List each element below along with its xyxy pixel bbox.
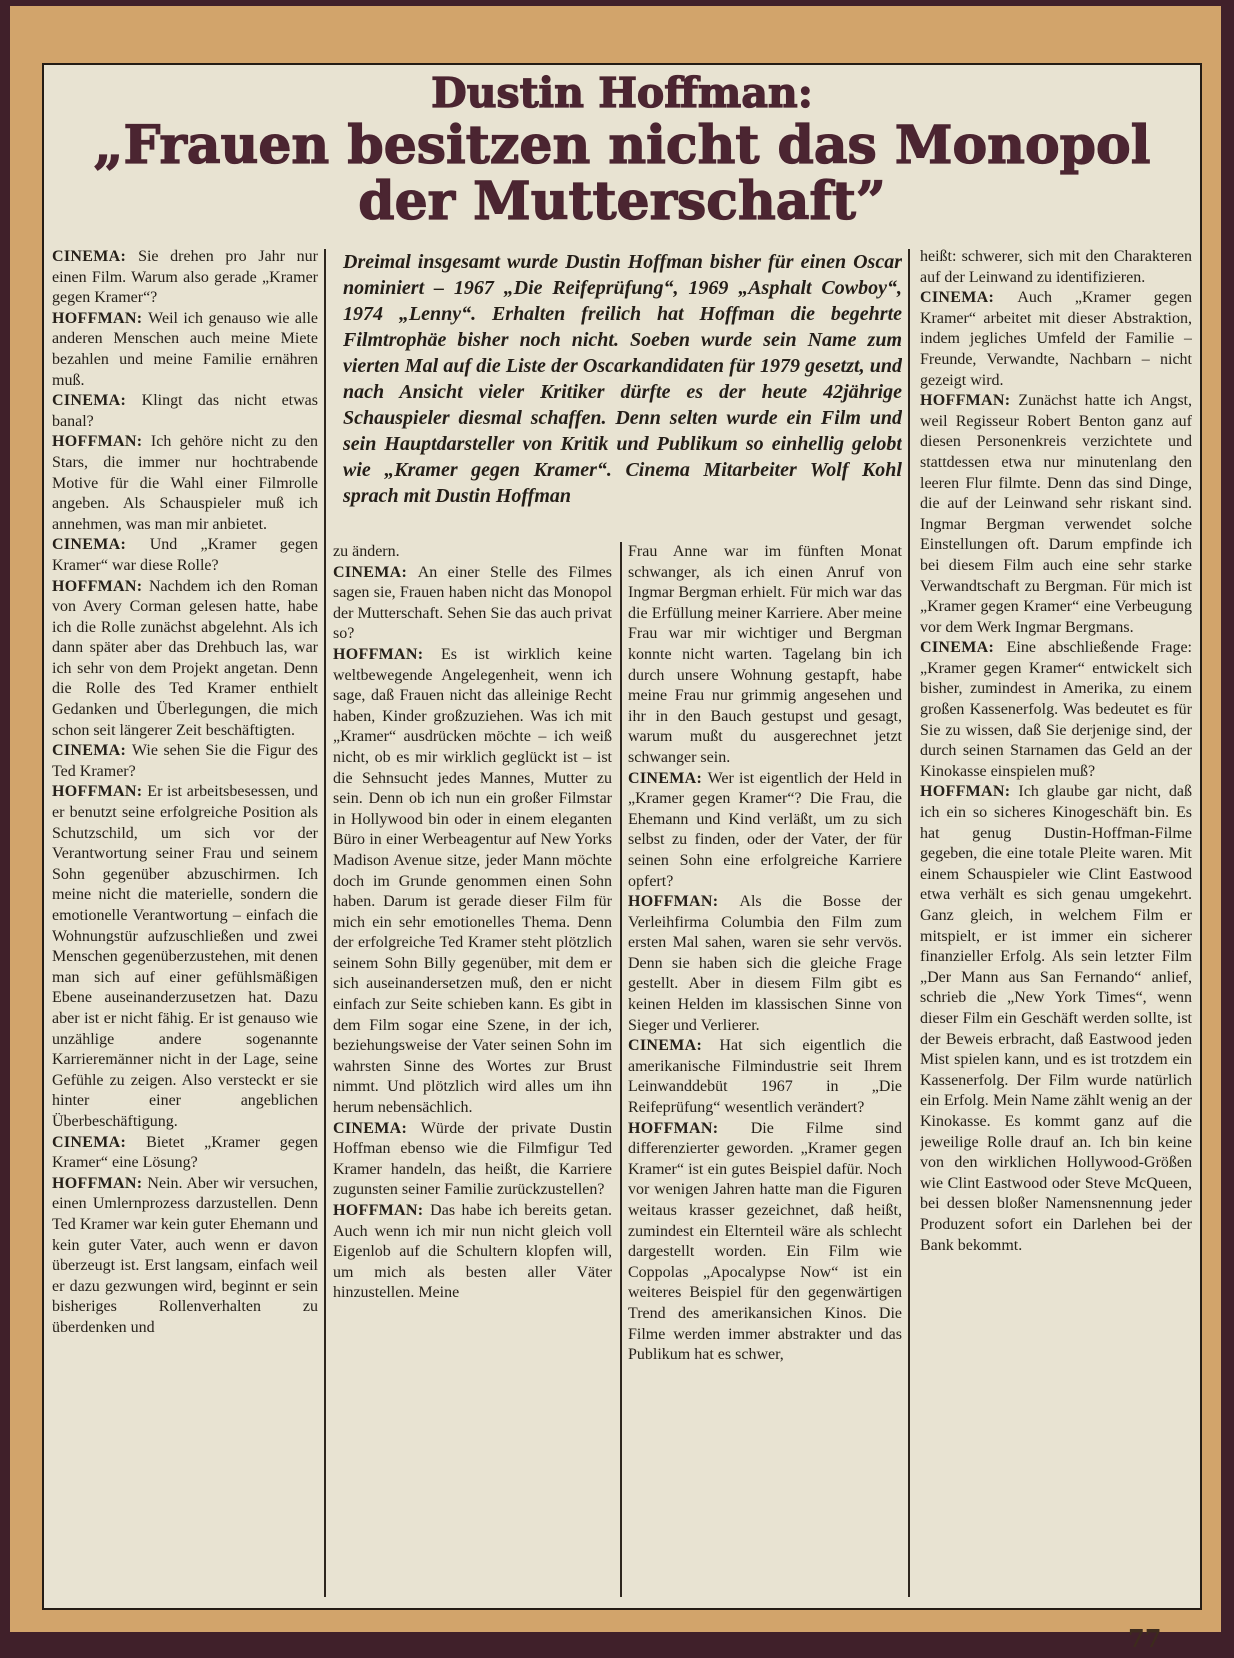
speaker-label: CINEMA: [333,1120,421,1137]
interview-paragraph: CINEMA: Bietet „Kramer gegen Kramer“ ein… [52,1133,318,1174]
speaker-label: CINEMA: [333,564,418,581]
speaker-label: CINEMA: [52,248,138,265]
article-box: Dustin Hoffman: „Frauen besitzen nicht d… [42,63,1202,1610]
speaker-label: CINEMA: [628,770,708,787]
interview-paragraph: HOFFMAN: Nein. Aber wir versuchen, einen… [52,1174,318,1339]
interview-paragraph: CINEMA: Und „Kramer gegen Kramer“ war di… [52,535,318,576]
article-headline: Dustin Hoffman: „Frauen besitzen nicht d… [44,73,1200,232]
interview-paragraph: HOFFMAN: Weil ich genauso wie alle ander… [52,309,318,391]
page-number: 77 [1128,1624,1161,1653]
speaker-label: HOFFMAN: [52,433,151,450]
interview-paragraph: CINEMA: Wie sehen Sie die Figur des Ted … [52,741,318,782]
column-divider-1 [324,249,326,1597]
speaker-label: CINEMA: [920,289,1017,306]
speaker-label: HOFFMAN: [52,310,148,327]
speaker-label: CINEMA: [628,1037,719,1054]
speaker-label: HOFFMAN: [52,783,147,800]
interview-paragraph: HOFFMAN: Er ist arbeitsbesessen, und er … [52,782,318,1132]
column-1: CINEMA: Sie drehen pro Jahr nur einen Fi… [52,247,318,1602]
speaker-label: CINEMA: [52,392,142,409]
column-divider-2 [620,542,622,1597]
column-3: Frau Anne war im fünften Monat schwanger… [628,542,902,1602]
interview-paragraph: HOFFMAN: Als die Bosse der Verleihfirma … [628,892,902,1036]
headline-line-3: der Mutterschaft” [44,176,1200,228]
column-2: zu ändern.CINEMA: An einer Stelle des Fi… [333,542,612,1602]
interview-paragraph: HOFFMAN: Das habe ich bereits getan. Auc… [333,1201,612,1304]
interview-paragraph: HOFFMAN: Ich glaube gar nicht, daß ich e… [920,782,1192,1256]
interview-paragraph: zu ändern. [333,542,612,563]
column-4: heißt: schwerer, sich mit den Charaktere… [920,247,1192,1602]
speaker-label: CINEMA: [52,742,132,759]
interview-paragraph: CINEMA: Wer ist eigentlich der Held in „… [628,769,902,893]
interview-paragraph: HOFFMAN: Zunächst hatte ich Angst, weil … [920,391,1192,638]
column-divider-3 [908,249,910,1597]
speaker-label: CINEMA: [52,536,150,553]
speaker-label: HOFFMAN: [52,578,149,595]
interview-paragraph: HOFFMAN: Die Filme sind differenzierter … [628,1119,902,1366]
interview-paragraph: CINEMA: Eine abschließende Frage: „Krame… [920,638,1192,782]
interview-paragraph: CINEMA: Klingt das nicht etwas banal? [52,391,318,432]
column-area: Dreimal insgesamt wurde Dustin Hoffman b… [44,247,1200,1602]
interview-paragraph: CINEMA: An einer Stelle des Filmes sagen… [333,563,612,645]
interview-paragraph: CINEMA: Würde der private Dustin Hoffman… [333,1119,612,1201]
intro-paragraph: Dreimal insgesamt wurde Dustin Hoffman b… [333,249,902,539]
interview-paragraph: Frau Anne war im fünften Monat schwanger… [628,542,902,769]
interview-paragraph: HOFFMAN: Ich gehöre nicht zu den Stars, … [52,432,318,535]
interview-paragraph: HOFFMAN: Es ist wirklich keine weltbeweg… [333,645,612,1119]
headline-line-2: „Frauen besitzen nicht das Monopol [44,120,1200,172]
speaker-label: HOFFMAN: [920,783,1018,800]
magazine-page: { "page": { "title_line1": "Dustin Hoffm… [0,0,1234,1658]
headline-kicker: Dustin Hoffman: [44,73,1200,114]
interview-paragraph: heißt: schwerer, sich mit den Charaktere… [920,247,1192,288]
speaker-label: HOFFMAN: [920,392,1018,409]
speaker-label: HOFFMAN: [333,1202,430,1219]
speaker-label: CINEMA: [920,639,1007,656]
speaker-label: HOFFMAN: [333,646,441,663]
speaker-label: HOFFMAN: [628,893,739,910]
speaker-label: CINEMA: [52,1134,146,1151]
interview-paragraph: CINEMA: Hat sich eigentlich die amerikan… [628,1036,902,1118]
speaker-label: HOFFMAN: [52,1175,147,1192]
interview-paragraph: CINEMA: Sie drehen pro Jahr nur einen Fi… [52,247,318,309]
interview-paragraph: CINEMA: Auch „Kramer gegen Kramer“ arbei… [920,288,1192,391]
speaker-label: HOFFMAN: [628,1120,751,1137]
interview-paragraph: HOFFMAN: Nachdem ich den Roman von Avery… [52,577,318,742]
